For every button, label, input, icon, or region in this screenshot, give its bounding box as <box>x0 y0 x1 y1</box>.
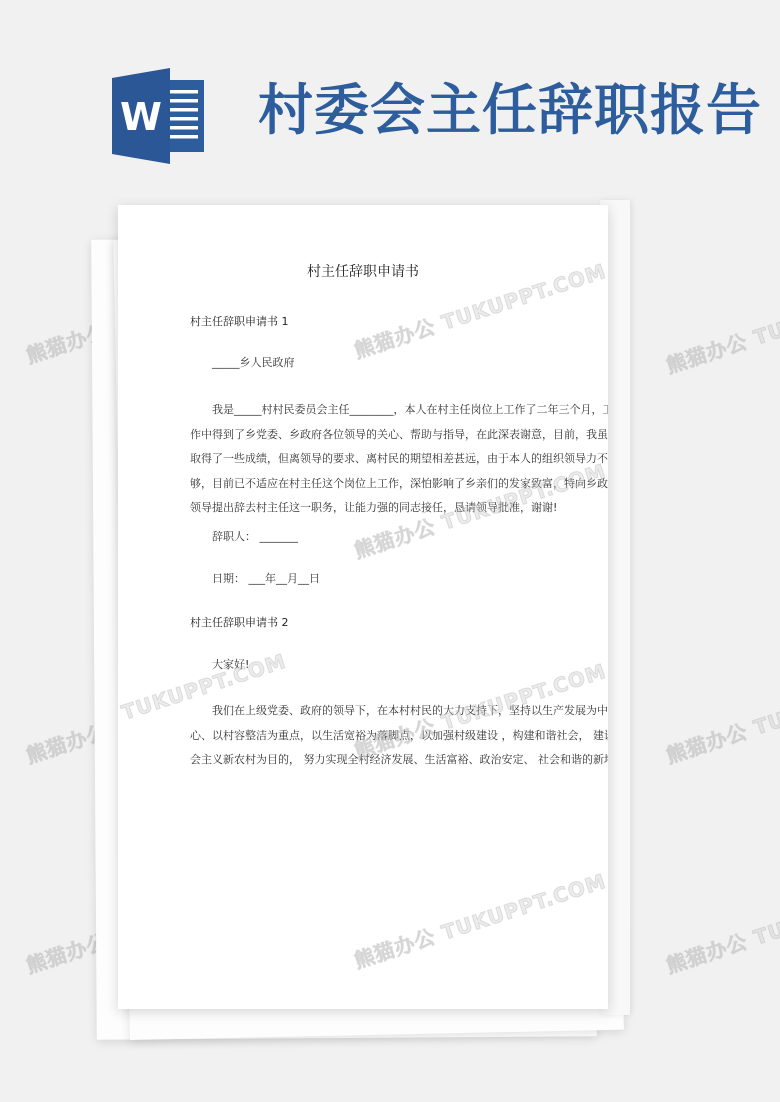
date-label: 日期： <box>212 572 245 585</box>
section-1-body: 我是_____村村民委员会主任________，本人在村主任岗位上工作了二年三个… <box>190 398 530 521</box>
watermark: 熊猫办公 TUKUPPT.COM <box>662 660 780 769</box>
watermark: 熊猫办公 TUKUPPT.COM <box>350 865 608 974</box>
document-page: 村主任辞职申请书 村主任辞职申请书 1 _____乡人民政府 我是_____村村… <box>118 205 608 1009</box>
signer-line: 辞职人： _______ <box>212 530 298 544</box>
section-2-body: 我们在上级党委、政府的领导下，在本村村民的大力支持下，坚持以生产发展为中 心、以… <box>190 699 530 773</box>
salutation: _____乡人民政府 <box>212 356 295 370</box>
svg-text:W: W <box>120 95 162 139</box>
greeting: 大家好! <box>212 658 249 672</box>
watermark: 熊猫办公 TUKUPPT.COM <box>662 270 780 379</box>
date-line: 日期： ___年__月__日 <box>212 572 320 586</box>
header: W 村委会主任辞职报告 <box>0 0 780 190</box>
document-title: 村主任辞职申请书 <box>118 261 608 281</box>
signer-blank: _______ <box>260 530 299 543</box>
date-value: ___年__月__日 <box>249 572 321 585</box>
section-heading-1: 村主任辞职申请书 1 <box>190 315 289 329</box>
section-heading-2: 村主任辞职申请书 2 <box>190 616 289 630</box>
signer-label: 辞职人： <box>212 530 256 543</box>
document-heading: 村委会主任辞职报告 <box>258 72 762 148</box>
microsoft-word-icon: W <box>108 68 210 164</box>
watermark: 熊猫办公 TUKUPPT.COM <box>662 870 780 979</box>
